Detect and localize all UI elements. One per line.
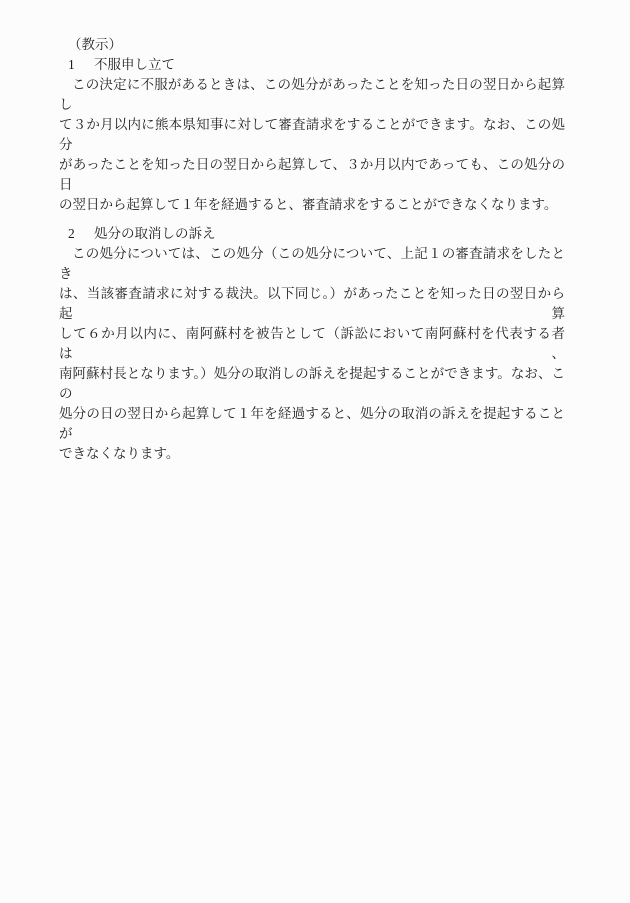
text-line: は、当該審査請求に対する裁決。以下同じ。）があったことを知った日の翌日から起算	[59, 284, 565, 324]
section-revocation-suit: 2処分の取消しの訴え この処分については、この処分（この処分について、上記１の審…	[59, 224, 565, 464]
text-line: この処分については、この処分（この処分について、上記１の審査請求をしたとき	[59, 244, 565, 284]
text-line: があったことを知った日の翌日から起算して、３か月以内であっても、この処分の日	[59, 155, 565, 195]
section-appeal: 1不服申し立て この決定に不服があるときは、この処分があったことを知った日の翌日…	[59, 55, 565, 215]
section-2-paragraph: この処分については、この処分（この処分について、上記１の審査請求をしたとき は、…	[59, 244, 565, 464]
section-2-title: 処分の取消しの訴え	[94, 226, 216, 241]
text-line: の翌日から起算して１年を経過すると、審査請求をすることができなくなります。	[59, 195, 565, 215]
text-line: 南阿蘇村長となります。）処分の取消しの訴えを提起することができます。なお、この	[59, 364, 565, 404]
section-1-paragraph: この決定に不服があるときは、この処分があったことを知った日の翌日から起算し て３…	[59, 75, 565, 215]
document-heading: （教示）	[59, 35, 565, 55]
document-page: （教示） 1不服申し立て この決定に不服があるときは、この処分があったことを知っ…	[0, 0, 630, 903]
section-1-number: 1	[59, 55, 94, 75]
section-2-number: 2	[59, 224, 94, 244]
text-line: 処分の日の翌日から起算して１年を経過すると、処分の取消の訴えを提起することが	[59, 404, 565, 444]
section-1-title: 不服申し立て	[94, 57, 175, 72]
text-line: できなくなります。	[59, 444, 565, 464]
section-2-heading: 2処分の取消しの訴え	[59, 224, 565, 244]
text-line: て３か月以内に熊本県知事に対して審査請求をすることができます。なお、この処分	[59, 115, 565, 155]
text-line: して６か月以内に、南阿蘇村を被告として（訴訟において南阿蘇村を代表する者は、	[59, 324, 565, 364]
text-line: この決定に不服があるときは、この処分があったことを知った日の翌日から起算し	[59, 75, 565, 115]
section-1-heading: 1不服申し立て	[59, 55, 565, 75]
